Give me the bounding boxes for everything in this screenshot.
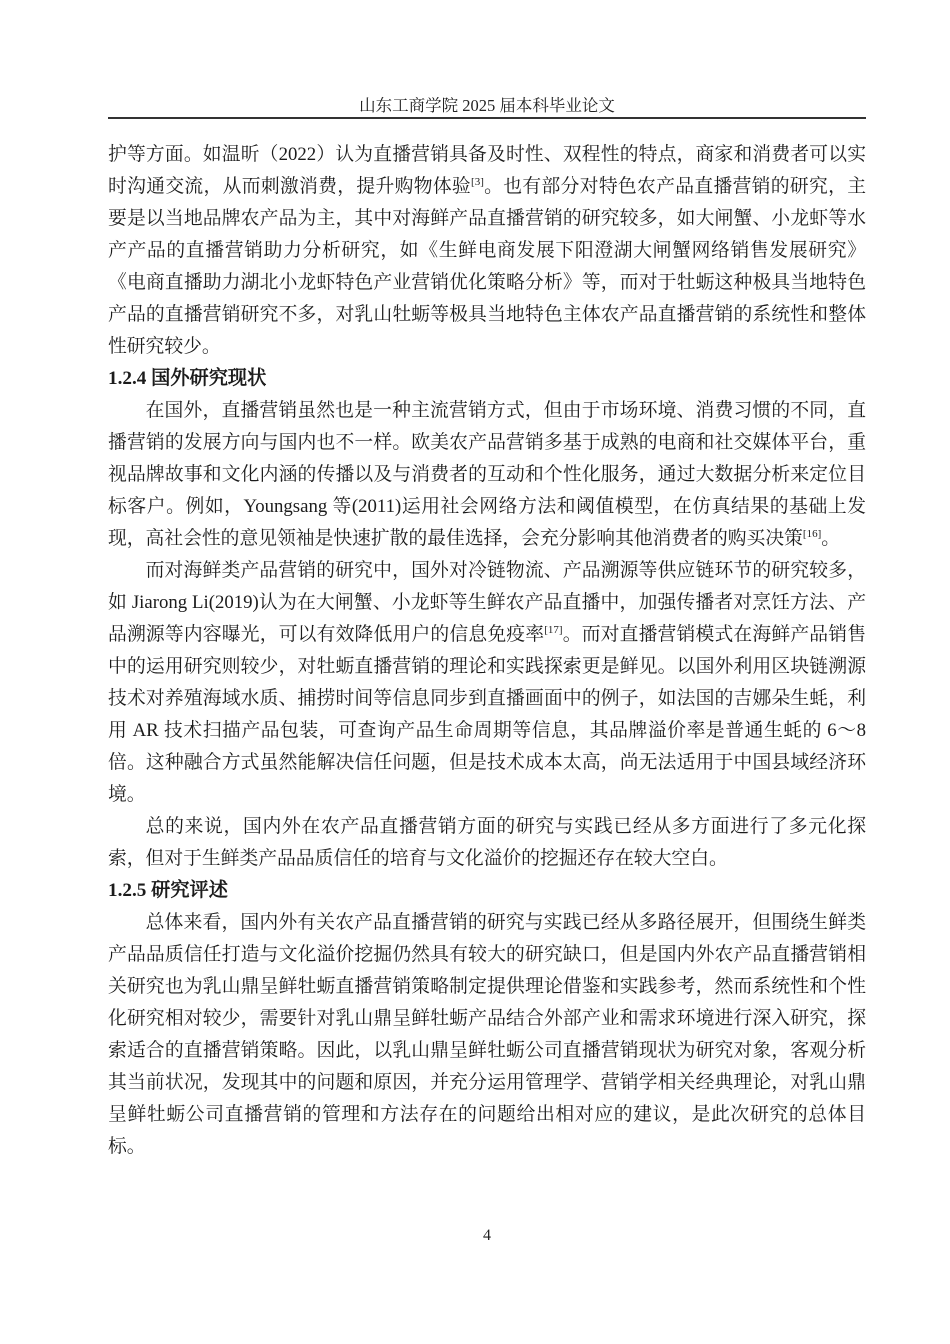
- section-heading-1-2-5: 1.2.5 研究评述: [108, 875, 866, 907]
- thesis-page: 山东工商学院 2025 届本科毕业论文 护等方面。如温昕（2022）认为直播营销…: [0, 0, 950, 1344]
- running-head: 山东工商学院 2025 届本科毕业论文: [108, 96, 866, 116]
- page-body: 护等方面。如温昕（2022）认为直播营销具备及时性、双程性的特点，商家和消费者可…: [108, 139, 866, 1163]
- paragraph-text: 。: [821, 528, 840, 549]
- paragraph-continuation: 护等方面。如温昕（2022）认为直播营销具备及时性、双程性的特点，商家和消费者可…: [108, 139, 866, 363]
- citation-ref-16: [16]: [803, 528, 821, 540]
- section-heading-1-2-4: 1.2.4 国外研究现状: [108, 363, 866, 395]
- page-footer: 4: [108, 1226, 866, 1246]
- paragraph-overall-summary: 总的来说，国内外在农产品直播营销方面的研究与实践已经从多方面进行了多元化探索，但…: [108, 811, 866, 875]
- paragraph-seafood-research: 而对海鲜类产品营销的研究中，国外对冷链物流、产品溯源等供应链环节的研究较多，如 …: [108, 555, 866, 811]
- paragraph-text: 。也有部分对特色农产品直播营销的研究，主要是以当地品牌农产品为主，其中对海鲜产品…: [108, 176, 866, 357]
- citation-ref-3: [3]: [471, 176, 484, 188]
- paragraph-text: 。而对直播营销模式在海鲜产品销售中的运用研究则较少，对牡蛎直播营销的理论和实践探…: [108, 624, 866, 805]
- paragraph-text: 在国外，直播营销虽然也是一种主流营销方式，但由于市场环境、消费习惯的不同，直播营…: [108, 400, 866, 549]
- page-number: 4: [483, 1227, 491, 1244]
- paragraph-foreign-research: 在国外，直播营销虽然也是一种主流营销方式，但由于市场环境、消费习惯的不同，直播营…: [108, 395, 866, 555]
- paragraph-research-review: 总体来看，国内外有关农产品直播营销的研究与实践已经从多路径展开，但围绕生鲜类产品…: [108, 907, 866, 1163]
- header-rule: [108, 117, 866, 119]
- citation-ref-17: [17]: [544, 624, 562, 636]
